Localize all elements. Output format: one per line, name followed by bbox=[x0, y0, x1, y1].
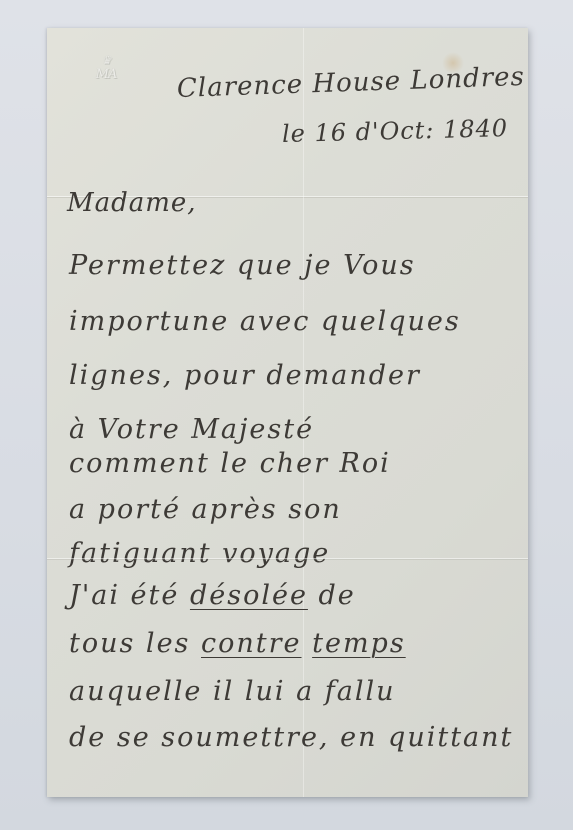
body-line-with-underline: J'ai été désolée de bbox=[69, 580, 356, 611]
body-line: a porté après son bbox=[69, 494, 342, 525]
body-line: à Votre Majesté bbox=[69, 414, 314, 445]
body-line-with-underline: tous les contre temps bbox=[69, 628, 406, 659]
underlined-word: contre bbox=[201, 628, 302, 659]
underlined-word: temps bbox=[312, 628, 406, 659]
body-line: lignes, pour demander bbox=[69, 360, 421, 391]
crown-icon: ♛ bbox=[83, 54, 129, 68]
body-line: Permettez que je Vous bbox=[69, 250, 416, 281]
body-line: auquelle il lui a fallu bbox=[69, 676, 396, 707]
body-line: importune avec quelques bbox=[69, 306, 461, 337]
body-text: tous les bbox=[69, 628, 201, 659]
body-text: J'ai été bbox=[69, 580, 190, 611]
body-line: fatiguant voyage bbox=[69, 538, 330, 569]
letter-sheet: ♛ MA Clarence House Londres le 16 d'Oct:… bbox=[47, 28, 528, 797]
monogram-letters: MA bbox=[96, 67, 117, 82]
letter-place: Clarence House Londres bbox=[176, 62, 525, 104]
embossed-monogram-icon: ♛ MA bbox=[83, 54, 129, 94]
body-line: de se soumettre, en quittant bbox=[69, 722, 513, 753]
underlined-word: désolée bbox=[190, 580, 308, 611]
body-line: comment le cher Roi bbox=[69, 448, 391, 479]
salutation: Madame, bbox=[67, 188, 197, 218]
body-text: de bbox=[308, 580, 356, 611]
letter-date: le 16 d'Oct: 1840 bbox=[282, 114, 509, 148]
body-text bbox=[302, 628, 313, 659]
